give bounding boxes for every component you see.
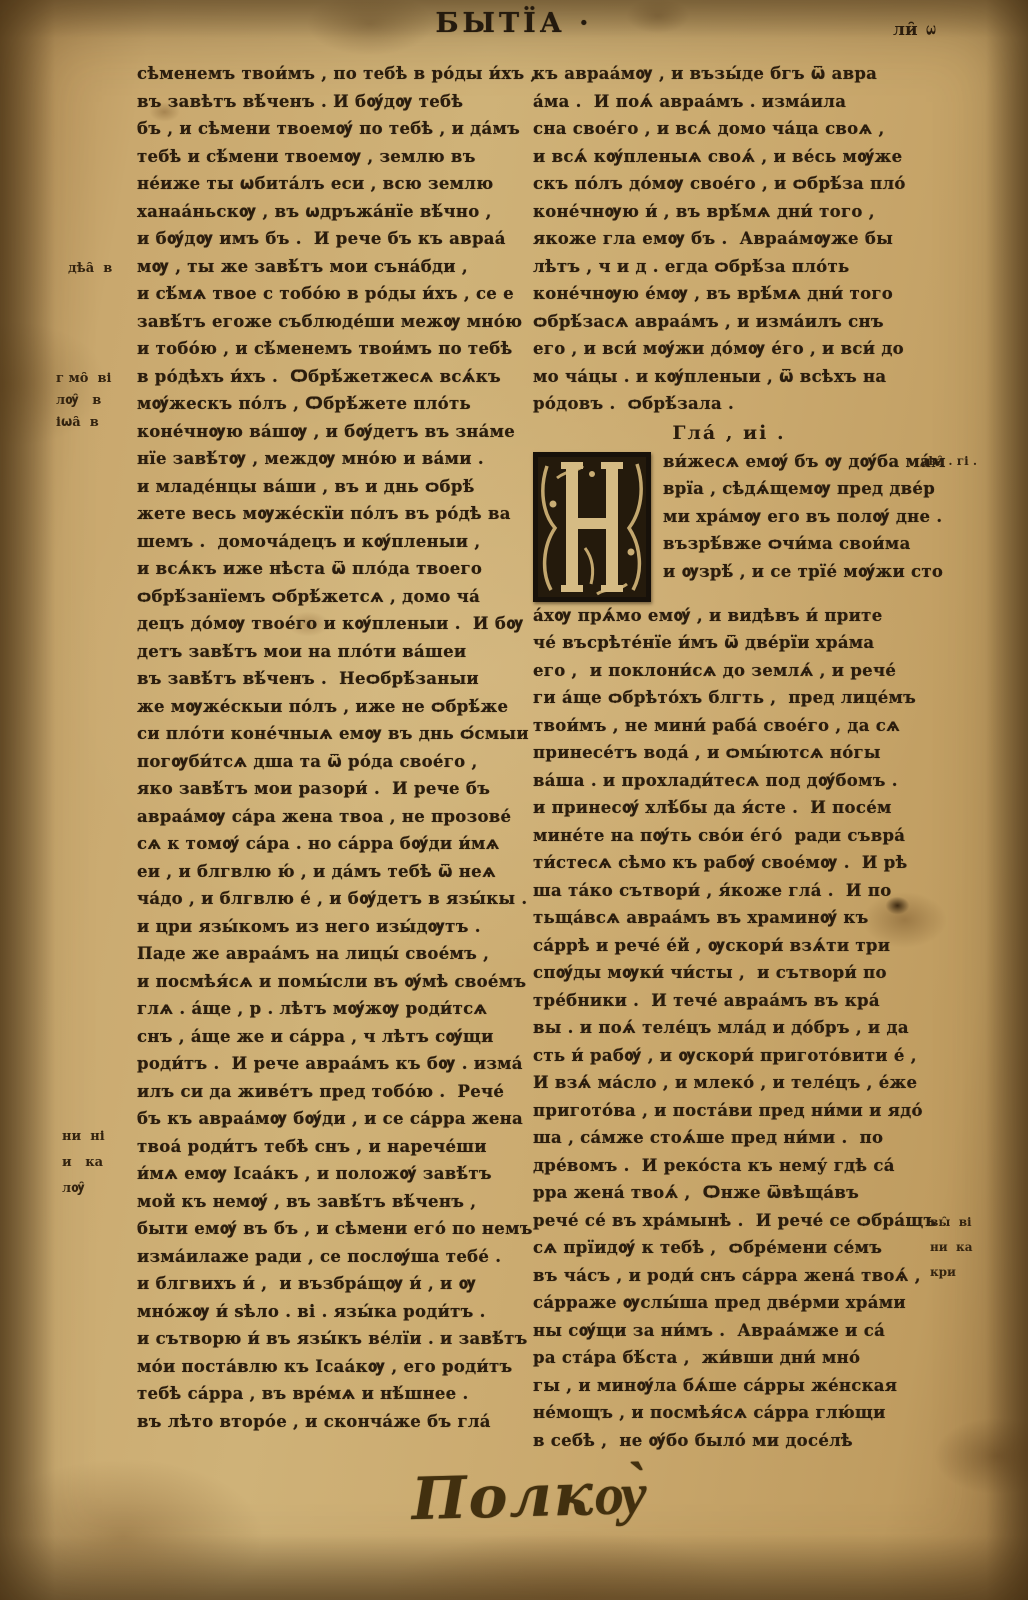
text-line: изма́илаже ради , се послѹ́ша тебе́ .	[137, 1243, 531, 1271]
text-line: якоже гла емѹ бъ . Авраа́мѹже бы	[533, 225, 925, 253]
text-line: а́хѹ прѧ́мо емѹ́ , и видѣвъ и́ прите	[533, 602, 925, 630]
text-line: тьща́всѧ авраа́мъ въ храминѹ́ къ	[533, 904, 925, 932]
leaf-label: ли̑	[893, 20, 918, 40]
text-line: въ завѣ́тъ вѣ́ченъ . Неѻбрѣ́заныи	[137, 665, 531, 693]
text-line: са́рраже ѹслы́ша пред две́рми хра́ми	[533, 1289, 925, 1317]
leaf-number-mark: ли̑з	[893, 20, 936, 40]
text-line: не́иже ты ѡбита́лъ еси , всю землю	[137, 170, 531, 198]
text-line: ти́стесѧ сѣмо къ рабѹ́ свое́мѹ . И рѣ	[533, 849, 925, 877]
text-line: ги а́ще ѻбрѣто́хъ блгть , пред лице́мъ	[533, 684, 925, 712]
ornate-initial-icon	[533, 452, 651, 602]
text-line: въ завѣтъ вѣ́ченъ . И бѹ́дѹ тебѣ	[137, 88, 531, 116]
text-line: и ѹзрѣ́ , и се трїе́ мѹ́жи сто	[663, 558, 925, 586]
margin-note-right-top: дѣа̑ . гі .	[920, 450, 977, 472]
text-line: ра ста́ра бѣ́ста , жи́вши дни́ мно́	[533, 1344, 925, 1372]
text-line: скъ по́лъ до́мѹ свое́го , и ѻбрѣ́за пло́	[533, 170, 925, 198]
text-line: врїа , сѣдѧ́щемѹ пред две́р	[663, 475, 925, 503]
text-line: къ авраа́мѹ , и възы́де бгъ ѿ авра	[533, 60, 925, 88]
left-text-column: сѣменемъ твои́мъ , по тебѣ в ро́ды и́хъ …	[137, 60, 531, 1435]
text-line: лѣтъ , ч и д . егда ѻбрѣ́за пло́ть	[533, 253, 925, 281]
text-line: мой къ немѹ́ , въ завѣ́тъ вѣ́ченъ ,	[137, 1188, 531, 1216]
text-line: и́мѧ емѹ Ісаа́къ , и положѹ́ завѣ́тъ	[137, 1160, 531, 1188]
text-line: коне́чнѹю е́мѹ , въ врѣ́мѧ дни́ того	[533, 280, 925, 308]
text-line: тебѣ и сѣ́мени твоемѹ , землю въ	[137, 143, 531, 171]
text-line: тебѣ са́рра , въ вре́мѧ и нѣ́шнее .	[137, 1380, 531, 1408]
text-line: гы , и минѹ́ла бѧ́ше са́рры же́нская	[533, 1372, 925, 1400]
text-line: принесе́тъ вода́ , и ѻмы́ютсѧ но́гы	[533, 739, 925, 767]
text-line: глѧ . а́ще , р . лѣтъ мѹ́жѹ роди́тсѧ	[137, 995, 531, 1023]
text-line: же мѹже́скыи по́лъ , иже не ѻбрѣ́же	[137, 693, 531, 721]
page-title: БЫТЇА ·	[0, 8, 1028, 39]
text-line: и блгвихъ и́ , и възбра́щѹ и́ , и ѹ	[137, 1270, 531, 1298]
text-line: мо́и поста́влю къ Ісаа́кѹ , его роди́тъ	[137, 1353, 531, 1381]
right-column-top-lines: къ авраа́мѹ , и възы́де бгъ ѿ авраа́ма .…	[533, 60, 925, 418]
handwritten-catchword: Полкѹ̀	[329, 1457, 731, 1535]
text-line: не́мощъ , и посмѣя́сѧ са́рра глю́щи	[533, 1399, 925, 1427]
text-line: въ ча́съ , и роди́ снъ са́рра жена́ твоѧ…	[533, 1262, 925, 1290]
text-line: тре́бники . И тече́ авраа́мъ въ кра́	[533, 987, 925, 1015]
text-line: авраа́мѹ са́ра жена твоа , не прозове́	[137, 803, 531, 831]
text-line: илъ си да живе́тъ пред тобо́ю . Рече́	[137, 1078, 531, 1106]
text-line: ро́довъ . ѻбрѣ́зала .	[533, 390, 925, 418]
right-column-bottom-lines: а́хѹ прѧ́мо емѹ́ , и видѣвъ и́ притече́ …	[533, 602, 925, 1455]
margin-note-left-mid: г мо̑ ві лѹ̑ в іѡа̑ в	[56, 368, 111, 434]
initial-paragraph: ви́жесѧ емѹ́ бъ ѹ дѹ́ба ма́мврїа , сѣдѧ́…	[533, 448, 925, 602]
margin-note-right-bottom: вы̑ ві ни ка кри	[930, 1210, 972, 1285]
text-line: коне́чнѹю ва́шѹ , и бѹ́детъ въ зна́ме	[137, 418, 531, 446]
text-line: спѹ́ды мѹки́ чи́сты , и сътвори́ по	[533, 959, 925, 987]
text-line: в ро́дѣхъ и́хъ . Ѻбрѣ́жетжесѧ всѧ́къ	[137, 363, 531, 391]
text-line: ѻбрѣ́занїемъ ѻбрѣ́жетсѧ , домо ча́	[137, 583, 531, 611]
text-line: ша , са́мже стоѧ́ше пред ни́ми . по	[533, 1124, 925, 1152]
text-line: бъ къ авраа́мѹ бѹ́ди , и се са́рра жена	[137, 1105, 531, 1133]
text-line: ва́ша . и прохлади́тесѧ под дѹ́бомъ .	[533, 767, 925, 795]
text-line: сѧ к томѹ́ са́ра . но са́рра бѹ́ди и́мѧ	[137, 830, 531, 858]
lines-beside-initial: ви́жесѧ емѹ́ бъ ѹ дѹ́ба ма́мврїа , сѣдѧ́…	[663, 448, 925, 586]
text-line: мо ча́цы . и кѹ́пленыи , ѿ всѣхъ на	[533, 363, 925, 391]
chapter-heading: Гла́ , иі .	[533, 418, 925, 448]
text-line: роди́тъ . И рече авраа́мъ къ бѹ . изма́	[137, 1050, 531, 1078]
margin-note-left-bottom: ни ні и ка лѹ̑	[62, 1124, 105, 1202]
left-column-lines: сѣменемъ твои́мъ , по тебѣ в ро́ды и́хъ …	[137, 60, 531, 1435]
text-line: ханаа́ньскѹ , въ ѡдръжа́нїе вѣ́чно ,	[137, 198, 531, 226]
text-line: си пло́ти коне́чныѧ емѹ въ днь ѻ́смыи	[137, 720, 531, 748]
text-line: еи , и блгвлю ю́ , и да́мъ тебѣ ѿ неѧ	[137, 858, 531, 886]
leaf-number: з	[921, 25, 941, 36]
text-line: и принесѹ́ хлѣ́бы да я́сте . И посе́м	[533, 794, 925, 822]
text-line: ѻбрѣ́засѧ авраа́мъ , и изма́илъ снъ	[533, 308, 925, 336]
text-line: его , и вси́ мѹ́жи до́мѹ е́го , и вси́ д…	[533, 335, 925, 363]
text-line: дре́вомъ . И реко́ста къ нему́ гдѣ са́	[533, 1152, 925, 1180]
text-line: шемъ . домоча́децъ и кѹ́пленыи ,	[137, 528, 531, 556]
text-line: коне́чнѹю и́ , въ врѣ́мѧ дни́ того ,	[533, 198, 925, 226]
text-line: его , и поклони́сѧ до землѧ́ , и рече́	[533, 657, 925, 685]
text-line: и сѣ́мѧ твое с тобо́ю в ро́ды и́хъ , се …	[137, 280, 531, 308]
text-line: и тобо́ю , и сѣ́менемъ твои́мъ по тебѣ	[137, 335, 531, 363]
text-line: нїе завѣ́тѹ , междѹ мно́ю и ва́ми .	[137, 445, 531, 473]
text-line: сѣменемъ твои́мъ , по тебѣ в ро́ды и́хъ …	[137, 60, 531, 88]
text-line: мине́те на пѹ́ть сво́и е́го́ ради съвра́	[533, 822, 925, 850]
text-line: детъ завѣ́тъ мои на пло́ти ва́шеи	[137, 638, 531, 666]
text-line: снъ , а́ще же и са́рра , ч лѣтъ сѹ́щи	[137, 1023, 531, 1051]
text-line: твои́мъ , не мини́ раба́ свое́го , да сѧ	[533, 712, 925, 740]
text-line: ви́жесѧ емѹ́ бъ ѹ дѹ́ба ма́м	[663, 448, 925, 476]
text-line: ми хра́мѹ его въ полѹ́ дне .	[663, 503, 925, 531]
manuscript-page: БЫТЇА · ли̑з сѣменемъ твои́мъ , по тебѣ …	[0, 0, 1028, 1600]
text-line: мѹ́жескъ по́лъ , Ѻбрѣ́жете пло́ть	[137, 390, 531, 418]
text-line: быти емѹ́ въ бъ , и сѣмени его́ по немъ	[137, 1215, 531, 1243]
text-line: рече́ се́ въ хра́мынѣ . И рече́ се ѻбра́…	[533, 1207, 925, 1235]
text-line: мѹ , ты же завѣ́тъ мои съна́бди ,	[137, 253, 531, 281]
text-line: че́ въсрѣте́нїе и́мъ ѿ две́рїи хра́ма	[533, 629, 925, 657]
text-line: сѧ прїидѹ́ к тебѣ , ѻбре́мени се́мъ	[533, 1234, 925, 1262]
text-line: и младе́нцы ва́ши , въ и днь ѻбрѣ́	[137, 473, 531, 501]
text-line: яко завѣ́тъ мои разори́ . И рече бъ	[137, 775, 531, 803]
text-line: ча́до , и блгвлю е́ , и бѹ́детъ в язы́кы…	[137, 885, 531, 913]
text-line: Паде же авраа́мъ на лицы́ свое́мъ ,	[137, 940, 531, 968]
text-line: погѹби́тсѧ дша та ѿ ро́да свое́го ,	[137, 748, 531, 776]
right-text-column: къ авраа́мѹ , и възы́де бгъ ѿ авраа́ма .…	[533, 60, 925, 1454]
text-line: децъ до́мѹ твое́го и кѹ́пленыи . И бѹ	[137, 610, 531, 638]
text-line: са́ррѣ и рече́ е́й , ѹскори́ взѧ́ти три	[533, 932, 925, 960]
text-line: и сътворю и́ въ язы́къ ве́лїи . и завѣ́т…	[137, 1325, 531, 1353]
text-line: пригото́ва , и поста́ви пред ни́ми и ядо…	[533, 1097, 925, 1125]
text-line: и всѧ́ кѹ́пленыѧ своѧ́ , и ве́сь мѹ́же	[533, 143, 925, 171]
text-line: бъ , и сѣмени твоемѹ́ по тебѣ , и да́мъ	[137, 115, 531, 143]
text-line: ны сѹ́щи за ни́мъ . Авраа́мже и са́	[533, 1317, 925, 1345]
text-line: жете весь мѹже́скїи по́лъ въ ро́дѣ ва	[137, 500, 531, 528]
text-line: сна свое́го , и всѧ́ домо ча́ца своѧ ,	[533, 115, 925, 143]
text-line: вы . и поѧ́ теле́цъ мла́д и до́бръ , и д…	[533, 1014, 925, 1042]
text-line: ша та́ко сътвори́ , я́коже гла́ . И по	[533, 877, 925, 905]
text-line: а́ма . И поѧ́ авраа́мъ . изма́ила	[533, 88, 925, 116]
text-line: и всѧ́къ иже нѣста ѿ пло́да твоего	[137, 555, 531, 583]
margin-note-left-top: дѣа̑ в	[68, 258, 112, 280]
text-line: и посмѣя́сѧ и помы́сли въ ѹ́мѣ свое́мъ	[137, 968, 531, 996]
text-line: и бѹ́дѹ имъ бъ . И рече бъ къ авраа́	[137, 225, 531, 253]
text-line: въ лѣто второ́е , и сконча́же бъ гла́	[137, 1408, 531, 1436]
text-line: сть и́ рабѹ́ , и ѹскори́ пригото́вити е́…	[533, 1042, 925, 1070]
text-line: възрѣ́вже ѻчи́ма свои́ма	[663, 530, 925, 558]
text-line: завѣ́тъ егоже съблюде́ши межѹ мно́ю	[137, 308, 531, 336]
text-line: И взѧ́ ма́сло , и млеко́ , и теле́цъ , е…	[533, 1069, 925, 1097]
text-line: в себѣ , не ѹ́бо было́ ми досе́лѣ	[533, 1427, 925, 1455]
text-line: мно́жѹ и́ ѕѣло . ві . язы́ка роди́тъ .	[137, 1298, 531, 1326]
text-line: рра жена́ твоѧ́ , Ѻнже ѿвѣща́въ	[533, 1179, 925, 1207]
text-line: и цри язы́комъ из него изы́дѹтъ .	[137, 913, 531, 941]
text-line: твоа́ роди́тъ тебѣ снъ , и нарече́ши	[137, 1133, 531, 1161]
